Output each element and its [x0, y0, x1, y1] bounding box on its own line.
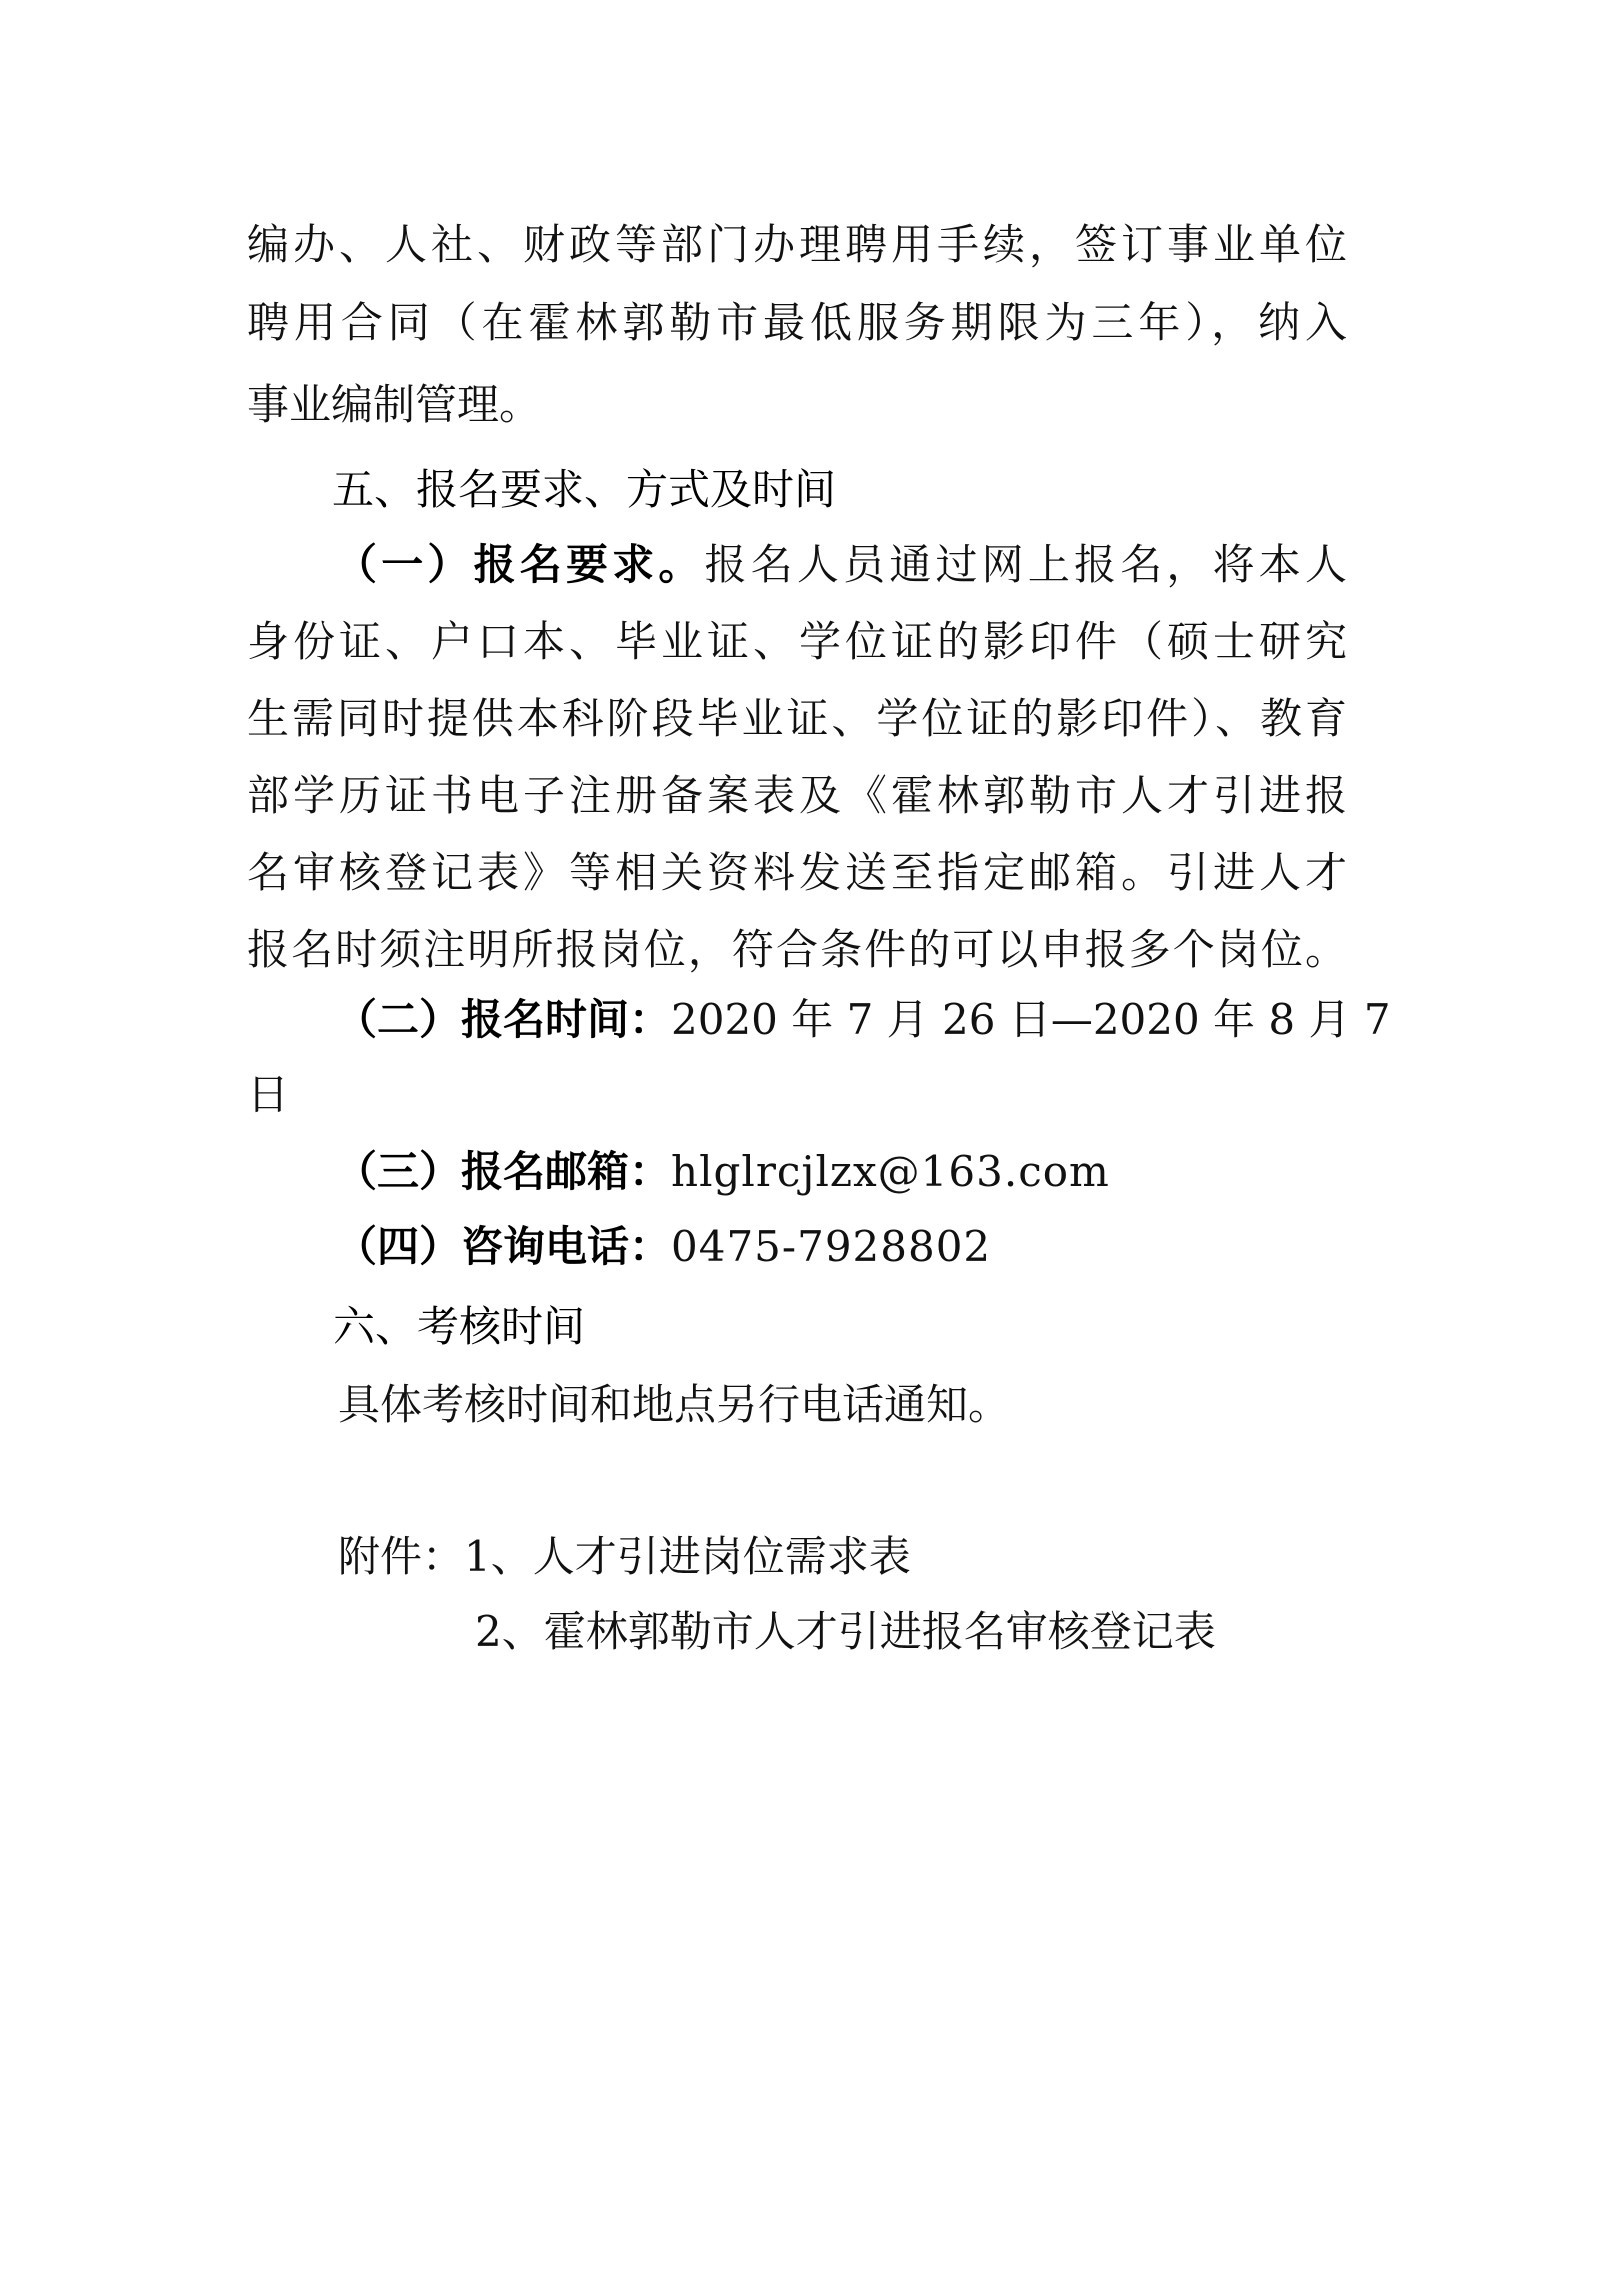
phone-number: 0475-7928802	[671, 1222, 991, 1271]
item1-line: 生需同时提供本科阶段毕业证、学位证的影印件）、教育	[247, 689, 1347, 749]
item3-label: （三）报名邮箱：	[335, 1147, 671, 1196]
attachments-label: 附件：	[338, 1532, 464, 1581]
item3-line: （三）报名邮箱：hlglrcjlzx@163.com	[335, 1142, 1347, 1202]
document-page: 编办、人社、财政等部门办理聘用手续，签订事业单位 聘用合同（在霍林郭勒市最低服务…	[0, 0, 1611, 2279]
section-heading-5: 五、报名要求、方式及时间	[332, 460, 1344, 520]
attachment-item: 2、霍林郭勒市人才引进报名审核登记表	[475, 1602, 1375, 1662]
email-link[interactable]: hlglrcjlzx@163.com	[671, 1147, 1110, 1196]
item1-text: 报名人员通过网上报名，将本人	[705, 540, 1347, 589]
item2-value: 2020 年 7 月 26 日—2020 年 8 月 7	[671, 995, 1391, 1044]
item1-line: 报名时须注明所报岗位，符合条件的可以申报多个岗位。	[247, 920, 1347, 980]
item4-label: （四）咨询电话：	[335, 1222, 671, 1271]
paragraph-line: 编办、人社、财政等部门办理聘用手续，签订事业单位	[247, 215, 1347, 275]
item4-line: （四）咨询电话：0475-7928802	[335, 1217, 1347, 1277]
paragraph-line: 事业编制管理。	[247, 375, 1347, 435]
item2-label: （二）报名时间：	[335, 995, 671, 1044]
paragraph-line: 聘用合同（在霍林郭勒市最低服务期限为三年），纳入	[247, 293, 1347, 353]
item2-line: （二）报名时间：2020 年 7 月 26 日—2020 年 8 月 7	[335, 990, 1347, 1050]
item2-value-continuation: 日	[247, 1065, 1347, 1125]
section6-text: 具体考核时间和地点另行电话通知。	[338, 1375, 1350, 1435]
attachment-item: 1、人才引进岗位需求表	[464, 1532, 911, 1581]
section-heading-6: 六、考核时间	[333, 1297, 1345, 1357]
item1-first-line: （一）报名要求。报名人员通过网上报名，将本人	[335, 535, 1347, 595]
item1-line: 身份证、户口本、毕业证、学位证的影印件（硕士研究	[247, 612, 1347, 672]
item1-line: 名审核登记表》等相关资料发送至指定邮箱。引进人才	[247, 843, 1347, 903]
attachments-line-1: 附件：1、人才引进岗位需求表	[338, 1527, 1350, 1587]
item1-label: （一）报名要求。	[335, 540, 705, 589]
item1-line: 部学历证书电子注册备案表及《霍林郭勒市人才引进报	[247, 766, 1347, 826]
